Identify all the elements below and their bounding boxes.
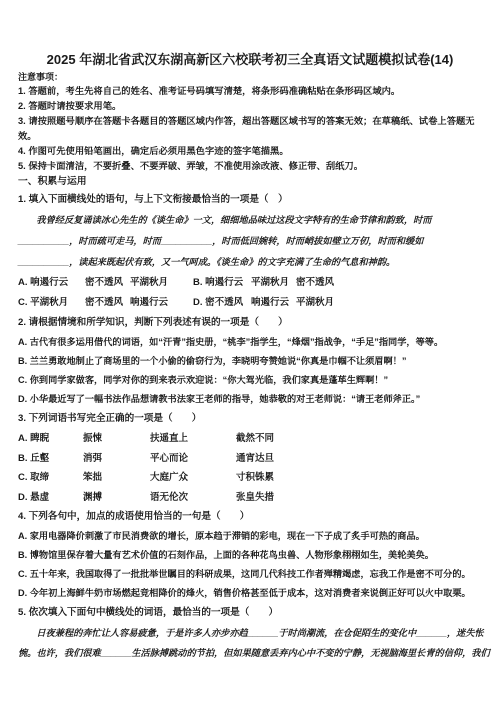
question-1-option-a-word-3: 平湖秋月: [130, 273, 193, 293]
question-2-option-c: C. 你到同学家做客，同学对你的到来表示欢迎说：“你大驾光临，我们家真是蓬荜生辉…: [18, 371, 482, 390]
question-3-option-c-word-4: 寸积铢累: [236, 468, 274, 488]
question-1-options-row-ab: A. 响遏行云 密不透风 平湖秋月 B. 响遏行云 平湖秋月 密不透风: [18, 273, 482, 293]
question-3-option-d-word-3: 语无伦次: [150, 488, 236, 508]
note-item-5: 5. 保持卡面清洁，不要折叠、不要弄破、弄皱，不准使用涂改液、修正带、刮纸刀。: [18, 159, 482, 174]
question-3-option-a-word-1: A. 睥睨: [18, 429, 83, 449]
question-1-option-a: A. 响遏行云: [18, 273, 85, 293]
question-1-passage-line-2: __________，时而疏可走马，时而__________，时而低回婉转，时而…: [18, 231, 482, 252]
question-1-passage-line-1: 我曾经反复诵读冰心先生的《谈生命》一文，细细地品味过这段文字特有的生命节律和韵致…: [18, 210, 482, 231]
question-1-option-d: D. 密不透风: [193, 293, 251, 313]
question-1-option-c-word-2: 密不透风: [85, 293, 130, 313]
question-1-option-d-word-2: 响遏行云: [251, 293, 296, 313]
question-4-option-c: C. 五十年来，我国取得了一批批举世瞩目的科研成果，这同几代科技工作者殚精竭虑，…: [18, 565, 482, 584]
question-3-option-d-word-4: 张皇失措: [236, 488, 274, 508]
question-1-option-b-word-3: 密不透风: [296, 273, 334, 293]
exam-paper-page: 2025 年湖北省武汉东湖高新区六校联考初三全真语文试题模拟试卷(14) 注意事…: [0, 0, 500, 707]
question-2-stem: 2. 请根据情境和所学知识，判断下列表述有误的一项是（ ）: [18, 313, 482, 333]
question-1-option-d-word-3: 平湖秋月: [296, 293, 334, 313]
question-3-option-b: B. 丘壑 消弭 平心而论 通宵达旦: [18, 449, 482, 469]
note-item-4: 4. 作图可先使用铅笔画出，确定后必须用黑色字迹的签字笔描黑。: [18, 144, 482, 159]
question-3-option-b-word-3: 平心而论: [150, 449, 236, 469]
question-3-stem: 3. 下列词语书写完全正确的一项是（ ）: [18, 409, 482, 429]
notes-heading: 注意事项：: [18, 70, 482, 84]
question-3-option-c-word-1: C. 取缔: [18, 468, 83, 488]
question-1-stem: 1. 填入下面横线处的语句，与上下文衔接最恰当的一项是（ ）: [18, 190, 482, 210]
notes-section: 注意事项： 1. 答题前，考生先将自己的姓名、准考证号码填写清楚，将条形码准确粘…: [18, 70, 482, 174]
question-2-option-a: A. 古代有很多运用借代的词语，如“汗青”指史册，“桃李”指学生，“烽烟”指战争…: [18, 333, 482, 352]
question-4: 4. 下列各句中，加点的成语使用恰当的一句是（ ） A. 家用电器降价刺激了市民…: [18, 507, 482, 603]
note-item-3: 3. 请按照题号顺序在答题卡各题目的答题区域内作答，超出答题区域书写的答案无效；…: [18, 114, 482, 144]
question-3-option-a-word-2: 振悚: [83, 429, 150, 449]
question-3-option-b-word-4: 通宵达旦: [236, 449, 274, 469]
note-item-1: 1. 答题前，考生先将自己的姓名、准考证号码填写清楚，将条形码准确粘贴在条形码区…: [18, 84, 482, 99]
question-1-option-b-word-2: 平湖秋月: [251, 273, 296, 293]
question-1-option-a-word-2: 密不透风: [85, 273, 130, 293]
question-5-passage-line-1: 日夜兼程的奔忙让人容易疲惫，于是许多人亦步亦趋______于时尚潮流，在仓促陌生…: [18, 623, 482, 643]
question-3-option-a: A. 睥睨 振悚 扶遥直上 截然不同: [18, 429, 482, 449]
question-3-option-d-word-1: D. 悬虚: [18, 488, 83, 508]
question-3-option-d: D. 悬虚 渊搏 语无伦次 张皇失措: [18, 488, 482, 508]
question-1-passage-line-3: __________，读起来既起伏有致，又一气呵成。《谈生命》的文字充满了生命的…: [18, 252, 482, 273]
question-3-option-d-word-2: 渊搏: [83, 488, 150, 508]
question-3-option-c-word-2: 笨拙: [83, 468, 150, 488]
question-3-option-a-word-3: 扶遥直上: [150, 429, 236, 449]
question-3-option-b-word-2: 消弭: [83, 449, 150, 469]
question-2: 2. 请根据情境和所学知识，判断下列表述有误的一项是（ ） A. 古代有很多运用…: [18, 313, 482, 409]
page-title: 2025 年湖北省武汉东湖高新区六校联考初三全真语文试题模拟试卷(14): [18, 50, 482, 70]
question-2-option-d: D. 小华最近写了一幅书法作品想请教书法家王老师的指导，她恭敬的对王老师说：“请…: [18, 390, 482, 409]
question-4-stem: 4. 下列各句中，加点的成语使用恰当的一句是（ ）: [18, 507, 482, 527]
section-heading-accumulation: 一、积累与运用: [18, 174, 482, 190]
question-1-option-c: C. 平湖秋月: [18, 293, 85, 313]
question-1-option-c-word-3: 响遏行云: [130, 293, 193, 313]
question-5: 5. 依次填入下面句中横线处的词语，最恰当的一项是（ ） 日夜兼程的奔忙让人容易…: [18, 603, 482, 663]
question-4-option-d: D. 今年初上海鲜牛奶市场燃起竞相降价的烽火，销售价格甚至低于成本，这对消费者来…: [18, 584, 482, 603]
question-3-option-b-word-1: B. 丘壑: [18, 449, 83, 469]
question-2-option-b: B. 兰兰勇敢地制止了商场里的一个小偷的偷窃行为，李晓明夸赞她说“你真是巾帼不让…: [18, 352, 482, 371]
question-1-options-row-cd: C. 平湖秋月 密不透风 响遏行云 D. 密不透风 响遏行云 平湖秋月: [18, 293, 482, 313]
question-5-stem: 5. 依次填入下面句中横线处的词语，最恰当的一项是（ ）: [18, 603, 482, 623]
question-4-option-a: A. 家用电器降价刺激了市民消费欲的增长，原本趋于滞销的彩电，现在一下子成了炙手…: [18, 527, 482, 546]
question-4-option-b: B. 博物馆里保存着大量有艺术价值的石刻作品，上面的各种花鸟虫兽、人物形象栩栩如…: [18, 546, 482, 565]
question-5-passage-line-2: 惋。也许，我们很难______生活脉搏跳动的节拍，但如果随意丢弃内心中不变的宁静…: [18, 643, 482, 663]
question-3-option-c: C. 取缔 笨拙 大庭广众 寸积铢累: [18, 468, 482, 488]
question-3: 3. 下列词语书写完全正确的一项是（ ） A. 睥睨 振悚 扶遥直上 截然不同 …: [18, 409, 482, 507]
question-1-option-b: B. 响遏行云: [193, 273, 251, 293]
question-3-option-a-word-4: 截然不同: [236, 429, 274, 449]
note-item-2: 2. 答题时请按要求用笔。: [18, 99, 482, 114]
question-1: 1. 填入下面横线处的语句，与上下文衔接最恰当的一项是（ ） 我曾经反复诵读冰心…: [18, 190, 482, 313]
question-3-option-c-word-3: 大庭广众: [150, 468, 236, 488]
